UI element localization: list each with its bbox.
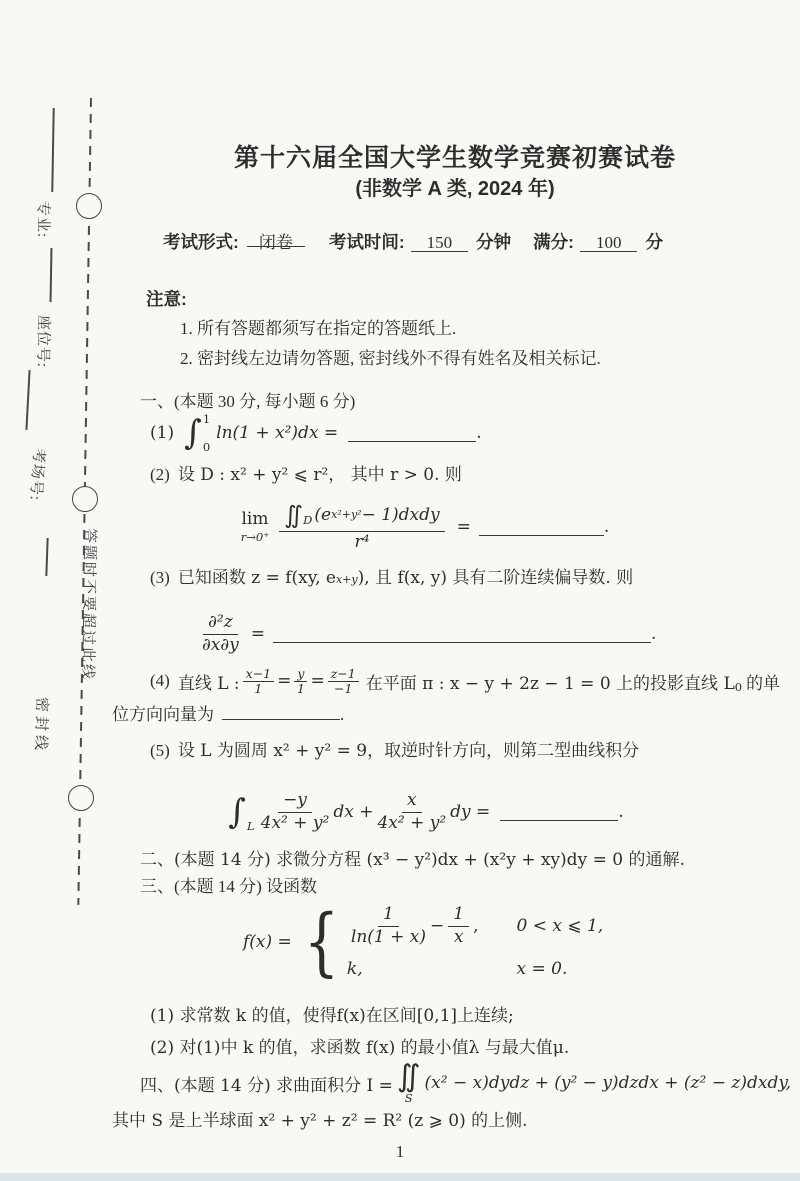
func-lhs: f(x) = bbox=[243, 932, 292, 952]
exam-time-label: 考试时间: bbox=[329, 229, 405, 254]
item5-answer-blank bbox=[500, 803, 618, 822]
item3-formula-period: . bbox=[651, 624, 656, 644]
exam-form-value: 闭卷 bbox=[247, 233, 305, 252]
problem3-heading: 三、(本题 14 分) 设函数 bbox=[140, 872, 317, 897]
func-frac2: 1x bbox=[448, 905, 469, 947]
item3-denominator: ∂x∂y bbox=[202, 635, 239, 656]
integral-upper: 1 bbox=[203, 412, 210, 426]
piecewise-brace: { bbox=[304, 909, 339, 976]
notice-item-1: 1. 所有答题都须写在指定的答题纸上. bbox=[180, 314, 456, 339]
double-integral-domain: D bbox=[303, 514, 312, 527]
item4-frac3: z−1−1 bbox=[328, 667, 359, 696]
item5-frac1: −y4x² + y² bbox=[261, 791, 330, 833]
problem3-function: f(x) = { 1ln(1 + x) − 1x , 0 < x ⩽ 1, k,… bbox=[243, 896, 603, 988]
item3-numerator: ∂²z bbox=[203, 613, 238, 635]
item3-fraction: ∂²z ∂x∂y bbox=[202, 613, 239, 655]
seal-line-label: 密封线 bbox=[31, 691, 54, 760]
item5-formula-period: . bbox=[618, 802, 623, 822]
func-row1-cond: 0 < x ⩽ 1, bbox=[516, 916, 603, 936]
exam-score-label: 满分: bbox=[533, 229, 574, 254]
exam-score-unit: 分 bbox=[645, 229, 663, 254]
item4-frac2: y1 bbox=[294, 667, 307, 696]
item4-frac1: x−11 bbox=[243, 667, 274, 696]
item1-expression: ln(1 + x²)dx = bbox=[216, 423, 338, 443]
scan-bottom-edge bbox=[0, 1173, 800, 1181]
exam-title: 第十六届全国大学生数学竞赛初赛试卷 bbox=[140, 138, 770, 174]
problem4-body: (x² − x)dydz + (y² − y)dzdx + (z² − z)dx… bbox=[425, 1073, 792, 1093]
item3-equals: = bbox=[251, 624, 265, 644]
item2-label: (2) bbox=[150, 465, 170, 485]
exam-scan-page: 专业: 座位号: 考场号: 答题时不要超过此线 密封线 第十六届全国大学生数学竞… bbox=[0, 0, 800, 1181]
line-integral-domain: L bbox=[247, 819, 255, 833]
item5-mid2: dy = bbox=[450, 802, 490, 822]
item3-text-pre: 已知函数 z = f(xy, e bbox=[178, 563, 336, 588]
blank-line-room bbox=[45, 538, 48, 576]
item4-pre: 直线 L : bbox=[178, 669, 240, 694]
blank-line-seat bbox=[25, 370, 30, 430]
item2-num-mid: (e bbox=[314, 506, 331, 526]
field-seat-label: 座位号: bbox=[33, 305, 55, 377]
problem1-item5: (5) 设 L 为圆周 x² + y² = 9，取逆时针方向，则第二型曲线积分 bbox=[150, 736, 639, 761]
item5-mid1: dx + bbox=[333, 802, 373, 822]
problem1-item2: (2) 设 D : x² + y² ⩽ r²， 其中 r > 0. 则 bbox=[150, 460, 462, 485]
item5-text: 设 L 为圆周 x² + y² = 9，取逆时针方向，则第二型曲线积分 bbox=[178, 736, 639, 761]
seal-circle-2 bbox=[72, 486, 98, 512]
exam-time-unit: 分钟 bbox=[476, 229, 511, 254]
double-integral-icon: ∬ bbox=[284, 502, 303, 530]
item4-tail: 的单 bbox=[746, 669, 780, 694]
item3-exponent: x+y bbox=[336, 573, 358, 586]
integral-0-1-icon: ∫ 10 bbox=[184, 412, 210, 454]
exam-time-value: 150 bbox=[411, 233, 469, 252]
notice-heading: 注意: bbox=[146, 286, 187, 311]
surface-integral-icon: ∬ S bbox=[397, 1062, 421, 1105]
page-number: 1 bbox=[0, 1142, 800, 1162]
limit-operator: lim r→0⁺ bbox=[241, 511, 270, 543]
problem2-text: 二、(本题 14 分) 求微分方程 (x³ − y²)dx + (x²y + x… bbox=[140, 845, 685, 870]
item2-answer-blank bbox=[479, 518, 604, 537]
problem3-q1: (1) 求常数 k 的值，使得f(x)在区间[0,1]上连续; bbox=[150, 1001, 514, 1026]
line-integral-icon: ∫ L bbox=[228, 791, 254, 833]
item1-label: (1) bbox=[150, 423, 174, 443]
func-minus: − bbox=[430, 916, 444, 936]
item3-answer-blank bbox=[273, 625, 651, 644]
seal-circle-3 bbox=[68, 785, 94, 811]
problem1-item4-line2: 位方向向量为 . bbox=[112, 700, 344, 725]
item4-line2-text: 位方向向量为 bbox=[112, 700, 214, 725]
exam-form-label: 考试形式: bbox=[163, 229, 239, 254]
blank-line-top bbox=[51, 108, 54, 192]
item4-label: (4) bbox=[150, 671, 170, 691]
problem1-item2-formula: lim r→0⁺ ∬D(ex²+y² − 1)dxdy r⁴ = . bbox=[140, 496, 710, 558]
problem1-item4: (4) 直线 L : x−11 = y1 = z−1−1 在平面 π : x −… bbox=[150, 664, 780, 698]
item4-mid: 在平面 π : x − y + 2z − 1 = 0 上的投影直线 L bbox=[366, 669, 735, 694]
field-room-label: 考场号: bbox=[25, 435, 51, 514]
item4-eq2: = bbox=[310, 671, 324, 691]
func-frac1: 1ln(1 + x) bbox=[351, 905, 426, 947]
item3-text-post: ), 且 f(x, y) 具有二阶连续偏导数. 则 bbox=[358, 563, 634, 588]
item2-num-end: − 1)dxdy bbox=[362, 506, 440, 526]
exam-score-value: 100 bbox=[580, 233, 638, 252]
problem1-item3: (3) 已知函数 z = f(xy, ex+y), 且 f(x, y) 具有二阶… bbox=[150, 563, 633, 588]
item2-fraction: ∬D(ex²+y² − 1)dxdy r⁴ bbox=[279, 502, 444, 552]
item5-frac2: x4x² + y² bbox=[377, 791, 446, 833]
item2-denominator: r⁴ bbox=[354, 532, 369, 553]
item4-L-subscript: 0 bbox=[735, 680, 742, 694]
notice-item-2: 2. 密封线左边请勿答题, 密封线外不得有姓名及相关标记. bbox=[180, 344, 601, 369]
seal-circle-1 bbox=[76, 193, 102, 219]
item2-formula-period: . bbox=[604, 517, 609, 537]
problem4-pre: 四、(本题 14 分) 求曲面积分 I = bbox=[140, 1071, 393, 1096]
item1-period: . bbox=[476, 423, 481, 443]
surface-integral-domain: S bbox=[405, 1093, 413, 1105]
item3-label: (3) bbox=[150, 568, 170, 588]
exam-meta-line: 考试形式: 闭卷 考试时间: 150 分钟 满分: 100 分 bbox=[163, 228, 663, 254]
func-row2-cond: x = 0. bbox=[516, 959, 603, 979]
item2-num-sup: x²+y² bbox=[331, 509, 361, 522]
item1-answer-blank bbox=[348, 424, 476, 443]
lim-text: lim bbox=[241, 511, 268, 529]
integral-lower: 0 bbox=[203, 440, 210, 454]
item2-equals: = bbox=[457, 517, 471, 537]
lim-subscript: r→0⁺ bbox=[241, 531, 270, 543]
item4-eq1: = bbox=[277, 671, 291, 691]
blank-line-major bbox=[50, 248, 53, 302]
exam-subtitle: (非数学 A 类, 2024 年) bbox=[140, 172, 770, 201]
func-row1-expr: 1ln(1 + x) − 1x , bbox=[347, 905, 479, 947]
item5-label: (5) bbox=[150, 741, 170, 761]
problem1-item3-formula: ∂²z ∂x∂y = . bbox=[198, 606, 656, 662]
field-major-label: 专业: bbox=[33, 189, 55, 249]
problem1-item5-formula: ∫ L −y4x² + y² dx + x4x² + y² dy = . bbox=[140, 782, 710, 842]
item4-period: . bbox=[340, 705, 344, 725]
problem1-item1: (1) ∫ 10 ln(1 + x²)dx = . bbox=[150, 407, 482, 459]
problem4-cont: 其中 S 是上半球面 x² + y² + z² = R² (z ⩾ 0) 的上侧… bbox=[112, 1106, 528, 1131]
func-comma: , bbox=[473, 916, 478, 936]
problem4-text: 四、(本题 14 分) 求曲面积分 I = ∬ S (x² − x)dydz +… bbox=[140, 1055, 791, 1111]
func-row2-expr: k, bbox=[347, 959, 479, 979]
item2-text: 设 D : x² + y² ⩽ r²， 其中 r > 0. 则 bbox=[178, 460, 462, 485]
item4-answer-blank bbox=[222, 701, 340, 720]
